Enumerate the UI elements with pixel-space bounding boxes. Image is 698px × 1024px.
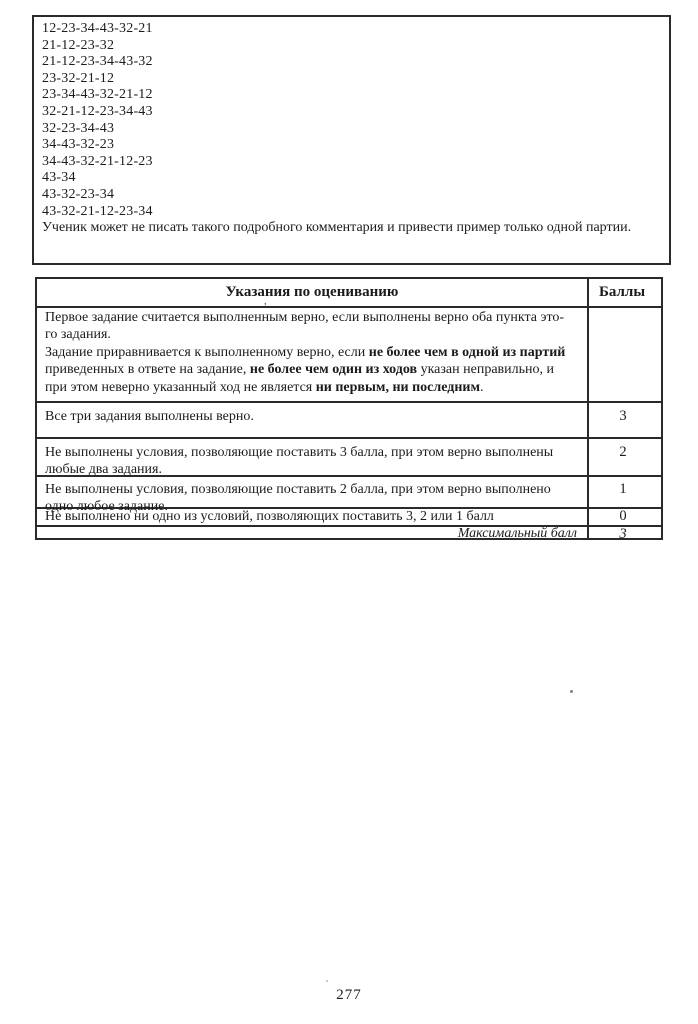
sequence-line: 34-43-32-21-12-23 bbox=[42, 154, 669, 171]
sequence-line: 32-21-12-23-34-43 bbox=[42, 104, 669, 121]
points-value-2: 2 bbox=[589, 444, 657, 461]
page-number: 277 bbox=[0, 987, 698, 1004]
points-value-3: 3 bbox=[589, 408, 657, 425]
criteria-line: Задание приравнивается к выполненному ве… bbox=[45, 344, 581, 361]
max-score-label: Максимальный балл bbox=[37, 527, 577, 541]
criteria-cell-3-points: Все три задания выполнены верно. bbox=[45, 408, 581, 425]
table-row-divider bbox=[37, 306, 661, 308]
sequence-line: 21-12-23-34-43-32 bbox=[42, 54, 669, 71]
sequence-line: 21-12-23-32 bbox=[42, 38, 669, 55]
scan-artifact: , bbox=[264, 296, 267, 307]
sequence-line: 43-32-23-34 bbox=[42, 187, 669, 204]
scan-speck bbox=[570, 690, 573, 693]
sequence-line: 32-23-34-43 bbox=[42, 121, 669, 138]
sequence-line: 12-23-34-43-32-21 bbox=[42, 21, 669, 38]
scoring-table: Указания по оцениванию Баллы Первое зада… bbox=[35, 277, 663, 540]
criteria-line: го задания. bbox=[45, 326, 581, 343]
document-page: 12-23-34-43-32-21 21-12-23-32 21-12-23-3… bbox=[0, 0, 698, 1024]
criteria-cell-0-points: Не выполнено ни одно из условий, позволя… bbox=[45, 509, 581, 525]
criteria-line: Первое задание считается выполненным вер… bbox=[45, 309, 581, 326]
table-header-points: Баллы bbox=[587, 284, 657, 301]
table-row-divider bbox=[37, 401, 661, 403]
max-score-value: 3 bbox=[589, 526, 657, 543]
sequence-line: 43-34 bbox=[42, 170, 669, 187]
sequence-line: 43-32-21-12-23-34 bbox=[42, 204, 669, 221]
table-row-divider bbox=[37, 437, 661, 439]
scan-speck bbox=[326, 980, 328, 982]
sequence-line: 23-32-21-12 bbox=[42, 71, 669, 88]
points-value-0: 0 bbox=[589, 508, 657, 525]
criteria-line: при этом неверно указанный ход не являет… bbox=[45, 379, 581, 396]
points-value-1: 1 bbox=[589, 481, 657, 498]
sequence-line: 34-43-32-23 bbox=[42, 137, 669, 154]
sequence-line: 23-34-43-32-21-12 bbox=[42, 87, 669, 104]
criteria-cell-2-points: Не выполнены условия, позволяющие постав… bbox=[45, 444, 581, 479]
table-header-criteria: Указания по оцениванию bbox=[37, 284, 587, 301]
answer-sequences-box: 12-23-34-43-32-21 21-12-23-32 21-12-23-3… bbox=[32, 15, 671, 265]
student-note: Ученик может не писать такого подробного… bbox=[42, 220, 669, 237]
criteria-description-cell: Первое задание считается выполненным вер… bbox=[45, 309, 581, 396]
criteria-line: приведенных в ответе на задание, не боле… bbox=[45, 361, 581, 378]
